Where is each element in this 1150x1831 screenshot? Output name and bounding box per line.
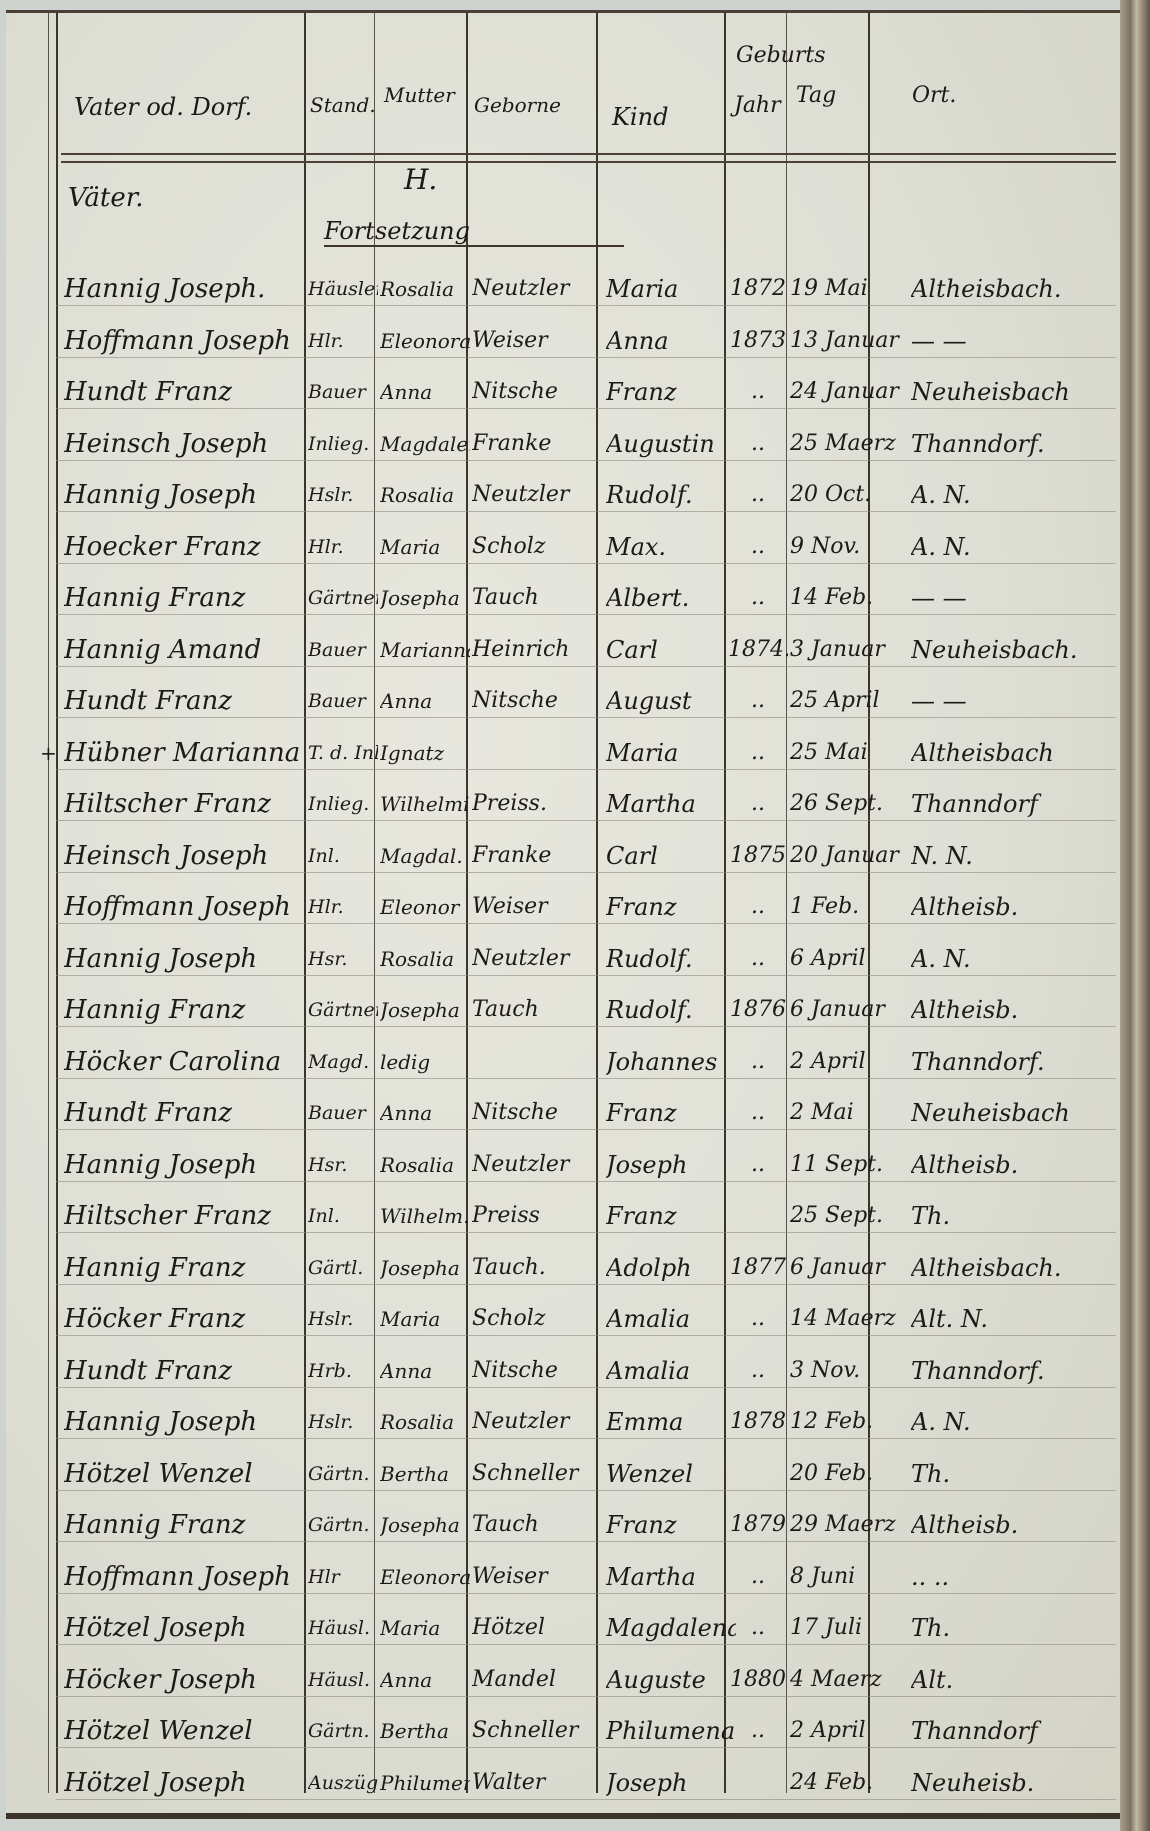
rank: Hslr. [308, 471, 378, 519]
mother-maiden-name: Weiser [472, 317, 592, 365]
table-row: Hoffmann JosephHlrEleonoraWeiserMartha..… [6, 1553, 1120, 1601]
child-name: Martha [606, 780, 736, 828]
child-name: Amalia [606, 1295, 736, 1343]
birth-place: Neuheisb. [911, 1759, 1121, 1807]
rank: Inlieg. [308, 420, 378, 468]
father-name: Heinsch Joseph [64, 832, 304, 880]
birth-day: 26 Sept. [790, 780, 900, 828]
birth-place: Altheisb. [911, 1501, 1121, 1549]
birth-place: Thanndorf. [911, 420, 1121, 468]
table-row: Höcker CarolinaMagd.ledigJohannes..2 Apr… [6, 1038, 1120, 1086]
mother-maiden-name: Mandel [472, 1656, 592, 1704]
mother-first-name: Maria [380, 523, 470, 571]
table-row: Hoffmann JosephHlr.EleonoraWeiserAnna187… [6, 317, 1120, 365]
father-name: Heinsch Joseph [64, 420, 304, 468]
mother-first-name: Bertha [380, 1450, 470, 1498]
mother-maiden-name: Tauch [472, 1501, 592, 1549]
birth-day: 3 Nov. [790, 1347, 900, 1395]
rank: Hlr. [308, 883, 378, 931]
child-name: Amalia [606, 1347, 736, 1395]
birth-year: .. [728, 883, 788, 931]
table-row: Hiltscher FranzInlieg.WilhelminePreiss.M… [6, 780, 1120, 828]
rank: Bauer [308, 626, 378, 674]
header-year: Jahr [734, 93, 781, 118]
rank: Gärtn. [308, 1450, 378, 1498]
birth-year: 1878 [728, 1398, 788, 1446]
table-row: Hannig JosephHsr.RosaliaNeutzlerRudolf..… [6, 935, 1120, 983]
child-name: Maria [606, 265, 736, 313]
birth-year: .. [728, 935, 788, 983]
birth-day: 2 April [790, 1038, 900, 1086]
birth-place: Alt. [911, 1656, 1121, 1704]
child-name: Franz [606, 1089, 736, 1137]
table-row: Heinsch JosephInl.Magdal.FrankeCarl18752… [6, 832, 1120, 880]
birth-day: 14 Maerz [790, 1295, 900, 1343]
birth-year: 1875 [728, 832, 788, 880]
birth-place: Thanndorf [911, 780, 1121, 828]
mother-maiden-name: Neutzler [472, 265, 592, 313]
rank: Bauer [308, 368, 378, 416]
father-name: Hoffmann Joseph [64, 317, 304, 365]
birth-year: 1880 [728, 1656, 788, 1704]
birth-place: — — [911, 677, 1121, 725]
father-name: Hötzel Wenzel [64, 1450, 304, 1498]
father-name: Höcker Franz [64, 1295, 304, 1343]
child-name: Wenzel [606, 1450, 736, 1498]
child-name: August [606, 677, 736, 725]
mother-first-name: Maria [380, 1295, 470, 1343]
birth-place: — — [911, 317, 1121, 365]
birth-year: .. [728, 1707, 788, 1755]
mother-maiden-name: Franke [472, 420, 592, 468]
table-row: Hötzel WenzelGärtn.BerthaSchnellerWenzel… [6, 1450, 1120, 1498]
birth-day: 17 Juli [790, 1604, 900, 1652]
rank: Gärtner [308, 574, 378, 622]
mother-first-name: Josepha [380, 1501, 470, 1549]
birth-place: A. N. [911, 471, 1121, 519]
table-row: Hoffmann JosephHlr.EleonorWeiserFranz..1… [6, 883, 1120, 931]
table-row: Hötzel WenzelGärtn.BerthaSchnellerPhilum… [6, 1707, 1120, 1755]
rank: Häusl. [308, 1656, 378, 1704]
mother-maiden-name: Scholz [472, 1295, 592, 1343]
father-name: Hannig Joseph [64, 471, 304, 519]
father-name: Hötzel Wenzel [64, 1707, 304, 1755]
child-name: Rudolf. [606, 935, 736, 983]
mother-first-name: Anna [380, 1656, 470, 1704]
table-row: Hundt FranzBauerAnnaNitscheAugust..25 Ap… [6, 677, 1120, 725]
birth-place: Neuheisbach [911, 1089, 1121, 1137]
rank: Auszügl. [308, 1759, 378, 1807]
father-name: Hoffmann Joseph [64, 1553, 304, 1601]
mother-maiden-name: Schneller [472, 1707, 592, 1755]
mother-first-name: Ignatz [380, 729, 470, 777]
rank: Hlr. [308, 523, 378, 571]
mother-maiden-name: Weiser [472, 1553, 592, 1601]
mother-maiden-name: Neutzler [472, 1141, 592, 1189]
mother-first-name: Josepha [380, 986, 470, 1034]
birth-place: N. N. [911, 832, 1121, 880]
mother-maiden-name: Neutzler [472, 1398, 592, 1446]
register-page: Vater od. Dorf. Stand. Mutter Geborne Ki… [6, 10, 1120, 1819]
mother-first-name: Eleonora [380, 317, 470, 365]
table-row: Hannig Joseph.HäuslerRosaliaNeutzlerMari… [6, 265, 1120, 313]
rank: Hslr. [308, 1295, 378, 1343]
rank: Magd. [308, 1038, 378, 1086]
rank: Hslr. [308, 1398, 378, 1446]
birth-year: 1876 [728, 986, 788, 1034]
birth-year: .. [728, 677, 788, 725]
child-name: Franz [606, 1501, 736, 1549]
mother-first-name: Anna [380, 677, 470, 725]
mother-maiden-name: Nitsche [472, 1089, 592, 1137]
mother-first-name: Eleonor [380, 883, 470, 931]
birth-year: .. [728, 420, 788, 468]
rank: Inl. [308, 1192, 378, 1240]
birth-day: 1 Feb. [790, 883, 900, 931]
mother-first-name: Eleonora [380, 1553, 470, 1601]
mother-maiden-name: Scholz [472, 523, 592, 571]
child-name: Anna [606, 317, 736, 365]
father-name: Hoecker Franz [64, 523, 304, 571]
mother-maiden-name: Preiss [472, 1192, 592, 1240]
birth-place: A. N. [911, 523, 1121, 571]
mother-maiden-name: Neutzler [472, 471, 592, 519]
birth-place: .. .. [911, 1553, 1121, 1601]
birth-place: Alt. N. [911, 1295, 1121, 1343]
birth-day: 24 Januar [790, 368, 900, 416]
birth-year: .. [728, 574, 788, 622]
table-row: Hundt FranzBauerAnnaNitscheFranz..24 Jan… [6, 368, 1120, 416]
birth-place: Altheisbach [911, 729, 1121, 777]
mother-maiden-name: Hötzel [472, 1604, 592, 1652]
birth-day: 20 Januar [790, 832, 900, 880]
table-row: Hannig JosephHsr.RosaliaNeutzlerJoseph..… [6, 1141, 1120, 1189]
mother-maiden-name: Tauch [472, 574, 592, 622]
child-name: Martha [606, 1553, 736, 1601]
father-name: Hübner Marianna [64, 729, 304, 777]
birth-day: 29 Maerz [790, 1501, 900, 1549]
father-name: Hannig Franz [64, 574, 304, 622]
father-name: Hiltscher Franz [64, 780, 304, 828]
mother-maiden-name: Tauch. [472, 1244, 592, 1292]
father-name: Hannig Joseph [64, 935, 304, 983]
birth-day: 11 Sept. [790, 1141, 900, 1189]
birth-year: .. [728, 1038, 788, 1086]
header-child: Kind [612, 103, 668, 131]
mother-maiden-name: Schneller [472, 1450, 592, 1498]
birth-day: 2 Mai [790, 1089, 900, 1137]
birth-day: 14 Feb. [790, 574, 900, 622]
mother-first-name: Anna [380, 1347, 470, 1395]
birth-year [728, 1450, 788, 1498]
child-name: Adolph [606, 1244, 736, 1292]
child-name: Albert. [606, 574, 736, 622]
birth-day: 13 Januar [790, 317, 900, 365]
mother-first-name: Magdal. [380, 832, 470, 880]
birth-year: .. [728, 1141, 788, 1189]
mother-first-name: Anna [380, 368, 470, 416]
header-father: Vater od. Dorf. [74, 93, 252, 121]
table-row: Hannig AmandBauerMariannaHeinrichCarl187… [6, 626, 1120, 674]
mother-first-name: Rosalia [380, 471, 470, 519]
page-edge-stack [1120, 0, 1150, 1831]
father-name: Hannig Joseph [64, 1141, 304, 1189]
mother-maiden-name: Nitsche [472, 1347, 592, 1395]
mother-first-name: Magdalena [380, 420, 470, 468]
rank: Hlr [308, 1553, 378, 1601]
rank: Bauer [308, 677, 378, 725]
birth-day: 9 Nov. [790, 523, 900, 571]
rank: Hsr. [308, 1141, 378, 1189]
table-row: Hötzel JosephAuszügl.PhilumenaWalterJose… [6, 1759, 1120, 1807]
rank: Häusler [308, 265, 378, 313]
rank: T. d. Inlieg. [308, 729, 378, 777]
rank: Gärtner [308, 986, 378, 1034]
birth-place: Thanndorf. [911, 1038, 1121, 1086]
cross-marker: + [40, 741, 57, 765]
rank: Gärtn. [308, 1707, 378, 1755]
birth-year [728, 1192, 788, 1240]
father-name: Höcker Carolina [64, 1038, 304, 1086]
mother-first-name: Rosalia [380, 1141, 470, 1189]
father-name: Hannig Amand [64, 626, 304, 674]
child-name: Rudolf. [606, 986, 736, 1034]
birth-place: Altheisbach. [911, 265, 1121, 313]
child-name: Augustin [606, 420, 736, 468]
table-row: Hannig FranzGärtnerJosephaTauchAlbert...… [6, 574, 1120, 622]
birth-year: .. [728, 1553, 788, 1601]
birth-year: .. [728, 780, 788, 828]
father-name: Hundt Franz [64, 677, 304, 725]
table-row: Hundt FranzHrb.AnnaNitscheAmalia..3 Nov.… [6, 1347, 1120, 1395]
child-name: Philumena [606, 1707, 736, 1755]
table-row: Hannig JosephHslr.RosaliaNeutzlerRudolf.… [6, 471, 1120, 519]
mother-first-name: Wilhelmine [380, 780, 470, 828]
mother-first-name: Rosalia [380, 935, 470, 983]
father-name: Hannig Joseph. [64, 265, 304, 313]
mother-maiden-name [472, 729, 592, 777]
mother-first-name: Wilhelm. [380, 1192, 470, 1240]
birth-year: 1877 [728, 1244, 788, 1292]
header-rank: Stand. [310, 93, 376, 117]
birth-day: 6 April [790, 935, 900, 983]
child-name: Maria [606, 729, 736, 777]
child-name: Joseph [606, 1759, 736, 1807]
rank: Gärtn. [308, 1501, 378, 1549]
mother-first-name: Rosalia [380, 1398, 470, 1446]
birth-day: 3 Januar [790, 626, 900, 674]
birth-place: Altheisbach. [911, 1244, 1121, 1292]
mother-maiden-name: Nitsche [472, 677, 592, 725]
birth-year: 1872 [728, 265, 788, 313]
birth-day: 25 Sept. [790, 1192, 900, 1240]
header-mother-first: Mutter [384, 83, 455, 107]
header-birth-group: Geburts [736, 43, 826, 68]
father-name: Hötzel Joseph [64, 1759, 304, 1807]
father-name: Hannig Franz [64, 986, 304, 1034]
section-continuation: Fortsetzung [324, 217, 624, 247]
table-row: Hundt FranzBauerAnnaNitscheFranz..2 MaiN… [6, 1089, 1120, 1137]
table-row: +Hübner MariannaT. d. Inlieg.IgnatzMaria… [6, 729, 1120, 777]
father-name: Hundt Franz [64, 1089, 304, 1137]
father-name: Hundt Franz [64, 368, 304, 416]
rank: Bauer [308, 1089, 378, 1137]
child-name: Joseph [606, 1141, 736, 1189]
birth-place: A. N. [911, 1398, 1121, 1446]
table-row: Hannig FranzGärtl.JosephaTauch.Adolph187… [6, 1244, 1120, 1292]
mother-maiden-name: Franke [472, 832, 592, 880]
section-letter: H. [404, 163, 437, 196]
mother-maiden-name: Preiss. [472, 780, 592, 828]
birth-place: Altheisb. [911, 1141, 1121, 1189]
birth-place: Altheisb. [911, 986, 1121, 1034]
rank: Inl. [308, 832, 378, 880]
table-row: Heinsch JosephInlieg.MagdalenaFrankeAugu… [6, 420, 1120, 468]
birth-day: 2 April [790, 1707, 900, 1755]
mother-first-name: Bertha [380, 1707, 470, 1755]
mother-first-name: Philumena [380, 1759, 470, 1807]
child-name: Franz [606, 883, 736, 931]
child-name: Carl [606, 626, 736, 674]
rank: Gärtl. [308, 1244, 378, 1292]
rank: Häusl. [308, 1604, 378, 1652]
birth-year: 1874. [728, 626, 788, 674]
father-name: Höcker Joseph [64, 1656, 304, 1704]
child-name: Carl [606, 832, 736, 880]
birth-place: — — [911, 574, 1121, 622]
birth-place: Th. [911, 1192, 1121, 1240]
table-row: Hannig FranzGärtn.JosephaTauchFranz18792… [6, 1501, 1120, 1549]
birth-place: Th. [911, 1604, 1121, 1652]
father-name: Hannig Franz [64, 1501, 304, 1549]
mother-maiden-name: Neutzler [472, 935, 592, 983]
father-name: Hoffmann Joseph [64, 883, 304, 931]
child-name: Rudolf. [606, 471, 736, 519]
father-name: Hötzel Joseph [64, 1604, 304, 1652]
header-day: Tag [796, 83, 836, 108]
birth-day: 25 Mai [790, 729, 900, 777]
father-name: Hiltscher Franz [64, 1192, 304, 1240]
child-name: Max. [606, 523, 736, 571]
father-name: Hannig Franz [64, 1244, 304, 1292]
birth-day: 6 Januar [790, 986, 900, 1034]
mother-maiden-name: Nitsche [472, 368, 592, 416]
birth-year: .. [728, 523, 788, 571]
birth-day: 6 Januar [790, 1244, 900, 1292]
birth-day: 20 Feb. [790, 1450, 900, 1498]
father-name: Hundt Franz [64, 1347, 304, 1395]
mother-maiden-name [472, 1038, 592, 1086]
mother-maiden-name: Walter [472, 1759, 592, 1807]
mother-first-name: Rosalia [380, 265, 470, 313]
birth-day: 25 April [790, 677, 900, 725]
child-name: Franz [606, 368, 736, 416]
birth-year: 1879 [728, 1501, 788, 1549]
birth-day: 8 Juni [790, 1553, 900, 1601]
birth-year: .. [728, 1295, 788, 1343]
birth-year: .. [728, 471, 788, 519]
birth-year: .. [728, 1604, 788, 1652]
birth-year: .. [728, 1347, 788, 1395]
table-row: Hoecker FranzHlr.MariaScholzMax...9 Nov.… [6, 523, 1120, 571]
header-place: Ort. [912, 83, 956, 108]
birth-day: 19 Mai [790, 265, 900, 313]
table-row: Hötzel JosephHäusl.MariaHötzelMagdalena.… [6, 1604, 1120, 1652]
birth-day: 12 Feb. [790, 1398, 900, 1446]
table-row: Hiltscher FranzInl.Wilhelm.PreissFranz25… [6, 1192, 1120, 1240]
child-name: Johannes [606, 1038, 736, 1086]
rank: Hsr. [308, 935, 378, 983]
mother-first-name: Marianna [380, 626, 470, 674]
table-row: Hannig FranzGärtnerJosephaTauchRudolf.18… [6, 986, 1120, 1034]
child-name: Franz [606, 1192, 736, 1240]
scanned-book: Vater od. Dorf. Stand. Mutter Geborne Ki… [0, 0, 1150, 1831]
child-name: Emma [606, 1398, 736, 1446]
mother-first-name: ledig [380, 1038, 470, 1086]
mother-first-name: Anna [380, 1089, 470, 1137]
birth-year: .. [728, 368, 788, 416]
child-name: Auguste [606, 1656, 736, 1704]
rank: Hlr. [308, 317, 378, 365]
birth-day: 24 Feb. [790, 1759, 900, 1807]
birth-place: Th. [911, 1450, 1121, 1498]
birth-year: .. [728, 1089, 788, 1137]
mother-maiden-name: Heinrich [472, 626, 592, 674]
birth-place: A. N. [911, 935, 1121, 983]
birth-year [728, 1759, 788, 1807]
header-rule [61, 153, 1116, 163]
birth-day: 4 Maerz [790, 1656, 900, 1704]
table-row: Höcker FranzHslr.MariaScholzAmalia..14 M… [6, 1295, 1120, 1343]
mother-maiden-name: Tauch [472, 986, 592, 1034]
table-row: Höcker JosephHäusl.AnnaMandelAuguste1880… [6, 1656, 1120, 1704]
child-name: Magdalena [606, 1604, 736, 1652]
birth-place: Neuheisbach. [911, 626, 1121, 674]
birth-day: 25 Maerz [790, 420, 900, 468]
table-row: Hannig JosephHslr.RosaliaNeutzlerEmma187… [6, 1398, 1120, 1446]
birth-place: Thanndorf [911, 1707, 1121, 1755]
birth-place: Neuheisbach [911, 368, 1121, 416]
rank: Hrb. [308, 1347, 378, 1395]
header-mother-born: Geborne [474, 93, 561, 117]
mother-maiden-name: Weiser [472, 883, 592, 931]
mother-first-name: Josepha [380, 1244, 470, 1292]
mother-first-name: Maria [380, 1604, 470, 1652]
birth-place: Altheisb. [911, 883, 1121, 931]
birth-day: 20 Oct. [790, 471, 900, 519]
rank: Inlieg. [308, 780, 378, 828]
birth-year: 1873 [728, 317, 788, 365]
section-category: Väter. [68, 183, 144, 213]
birth-place: Thanndorf. [911, 1347, 1121, 1395]
mother-first-name: Josepha [380, 574, 470, 622]
father-name: Hannig Joseph [64, 1398, 304, 1446]
birth-year: .. [728, 729, 788, 777]
